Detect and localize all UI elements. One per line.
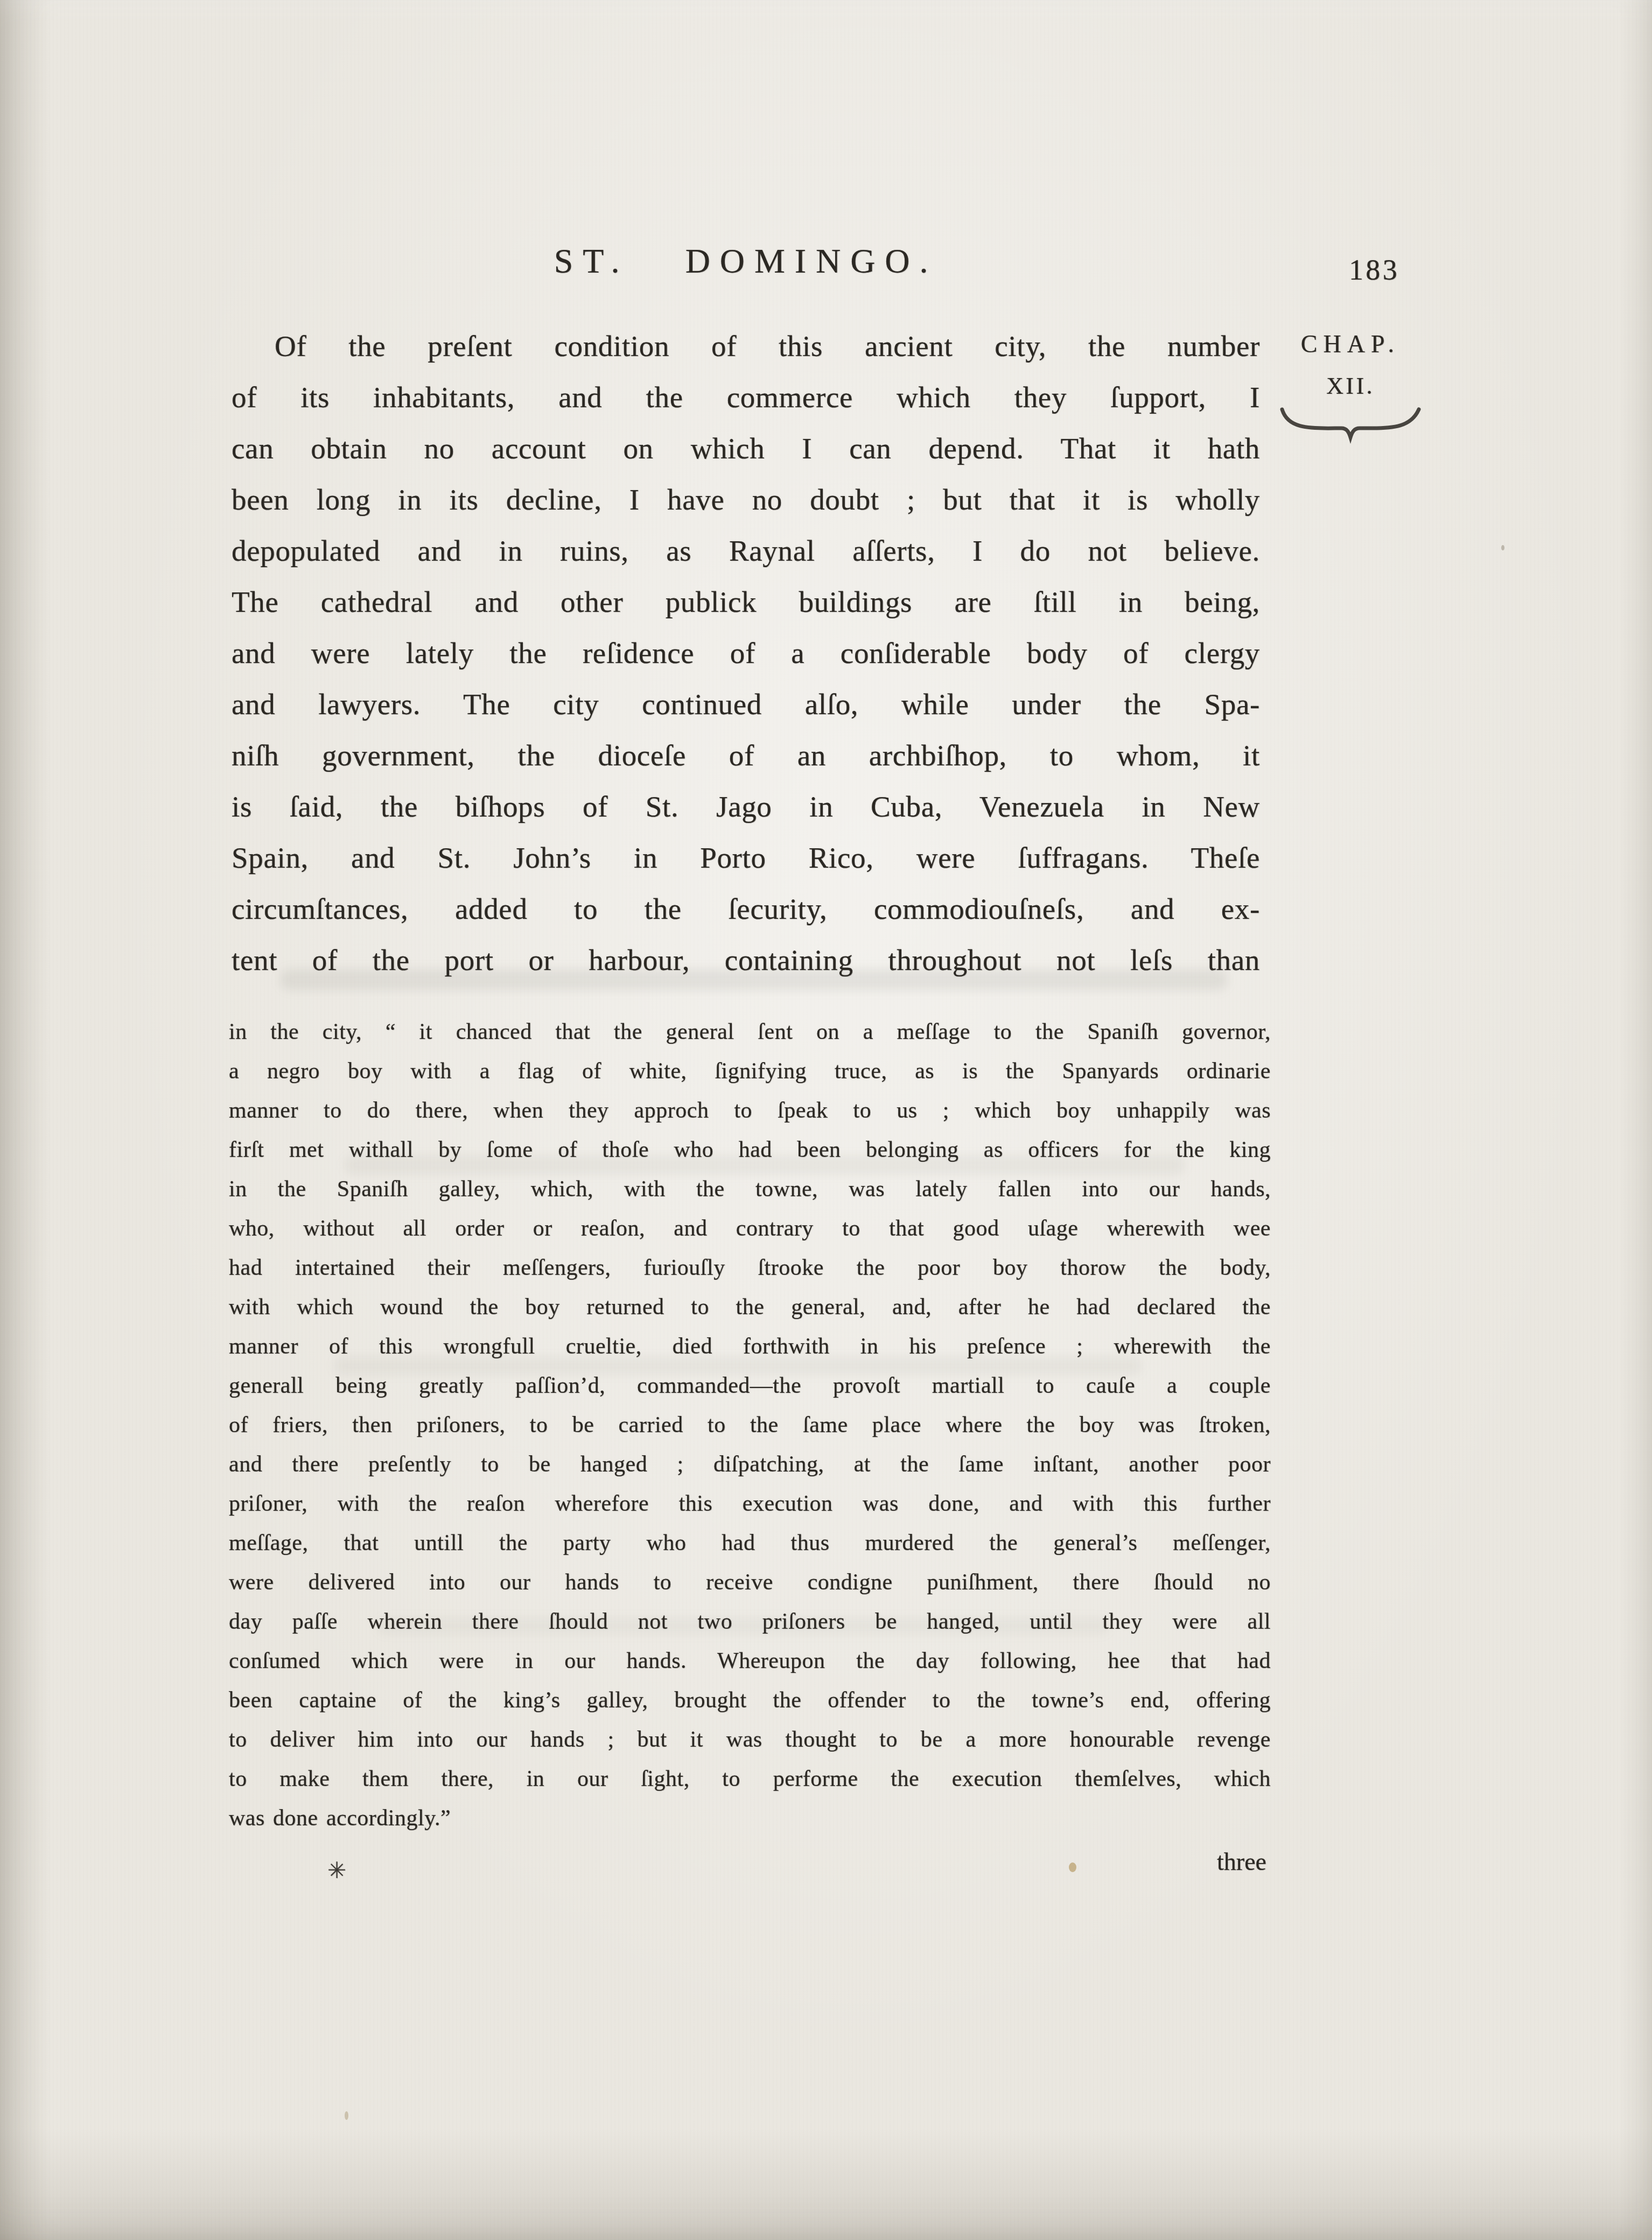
text-line: to make them there, in our ſight, to per…	[229, 1760, 1271, 1799]
text-line: had intertained their meſſengers, furiou…	[229, 1248, 1271, 1288]
text-line: of its inhabitants, and the commerce whi…	[232, 372, 1260, 423]
text-line: is ſaid, the biſhops of St. Jago in Cuba…	[232, 781, 1260, 832]
text-line: firſt met withall by ſome of thoſe who h…	[229, 1131, 1271, 1170]
text-line: circumſtances, added to the ſecurity, co…	[232, 883, 1260, 934]
text-line: depopulated and in ruins, as Raynal aſſe…	[232, 525, 1260, 576]
paper-speck	[1069, 1862, 1076, 1872]
text-line: were delivered into our hands to receive…	[229, 1563, 1271, 1602]
chapter-brace-icon	[1279, 405, 1422, 444]
text-line: tent of the port or harbour, containing …	[232, 934, 1260, 986]
catchword: three	[1077, 1847, 1266, 1876]
text-line: with which wound the boy returned to the…	[229, 1288, 1271, 1327]
book-page-scan: ST. DOMINGO. 183 Of the preſent conditio…	[0, 0, 1652, 2240]
text-line: a negro boy with a flag of white, ſignif…	[229, 1052, 1271, 1091]
paper-speck	[1501, 545, 1504, 550]
text-line: generall being greatly paſſion’d, comman…	[229, 1366, 1271, 1406]
chapter-number: XII.	[1272, 372, 1429, 400]
text-line: who, without all order or reaſon, and co…	[229, 1209, 1271, 1248]
main-text-block: Of the preſent condition of this ancient…	[232, 320, 1260, 986]
text-line: niſh government, the dioceſe of an archb…	[232, 730, 1260, 781]
text-line: Spain, and St. John’s in Porto Rico, wer…	[232, 832, 1260, 883]
text-line: been captaine of the king’s galley, brou…	[229, 1681, 1271, 1720]
running-title: ST. DOMINGO.	[232, 241, 1260, 281]
text-line: in the Spaniſh galley, which, with the t…	[229, 1170, 1271, 1209]
text-line: and lawyers. The city continued alſo, wh…	[232, 679, 1260, 730]
chapter-margin-note: CHAP. XII.	[1272, 330, 1429, 446]
text-line: meſſage, that untill the party who had t…	[229, 1524, 1271, 1563]
text-line: and were lately the reſidence of a conſi…	[232, 627, 1260, 679]
footnote-block: in the city, “ it chanced that the gener…	[229, 1013, 1271, 1838]
text-line: been long in its decline, I have no doub…	[232, 474, 1260, 525]
text-line: manner to do there, when they approch to…	[229, 1091, 1271, 1131]
text-line: of friers, then priſoners, to be carried…	[229, 1406, 1271, 1445]
text-line: and there preſently to be hanged ; diſpa…	[229, 1445, 1271, 1484]
text-line: priſoner, with the reaſon wherefore this…	[229, 1484, 1271, 1524]
text-line: conſumed which were in our hands. Whereu…	[229, 1642, 1271, 1681]
signature-mark: ✳	[327, 1857, 346, 1884]
text-line: was done accordingly.”	[229, 1799, 1271, 1838]
text-line: The cathedral and other publick building…	[232, 576, 1260, 627]
text-line: Of the preſent condition of this ancient…	[232, 320, 1260, 372]
paper-speck	[345, 2111, 348, 2120]
text-line: in the city, “ it chanced that the gener…	[229, 1013, 1271, 1052]
text-line: manner of this wrongfull crueltie, died …	[229, 1327, 1271, 1366]
text-line: can obtain no account on which I can dep…	[232, 423, 1260, 474]
page-number: 183	[1349, 253, 1399, 287]
text-line: to deliver him into our hands ; but it w…	[229, 1720, 1271, 1760]
text-line: day paſſe wherein there ſhould not two p…	[229, 1602, 1271, 1642]
chapter-label: CHAP.	[1272, 330, 1429, 358]
